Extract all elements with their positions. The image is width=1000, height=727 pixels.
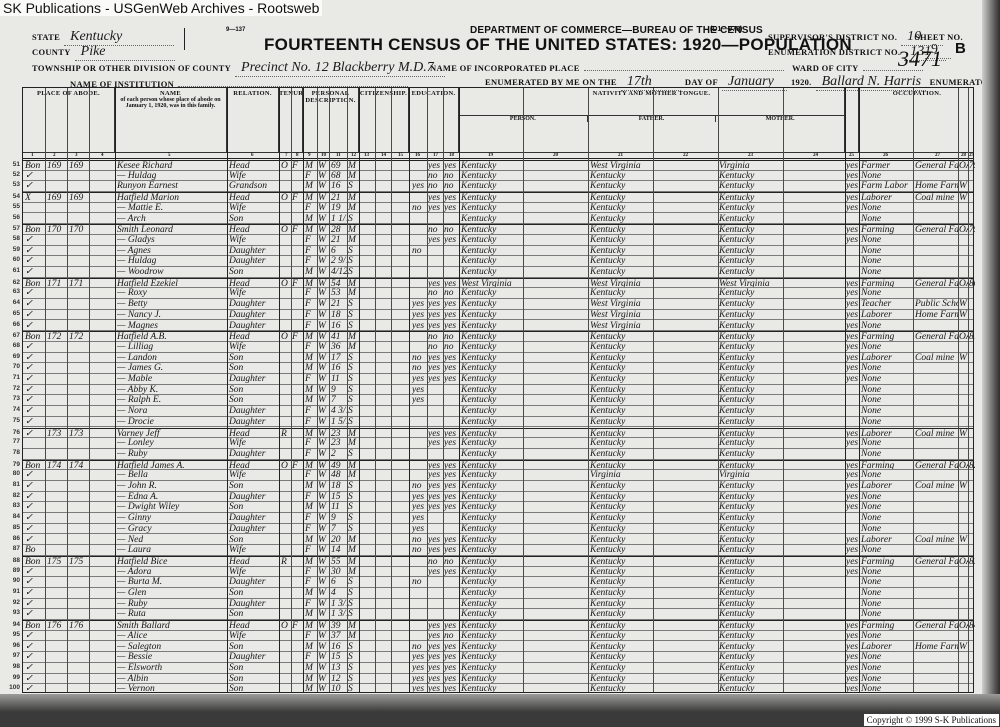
cell-mortgage: F: [292, 225, 302, 234]
col-education: EDUCATION.: [409, 88, 459, 152]
cell-write: yes: [444, 642, 460, 652]
cell-industry: [915, 363, 959, 373]
cell-family: [69, 642, 91, 652]
cell-read: yes: [428, 481, 444, 491]
cell-trade: None: [861, 267, 915, 277]
cell-mortgage: F: [292, 193, 302, 202]
table-row: 71✓— MableDaughterFW11SyesyesyesKentucky…: [23, 374, 973, 385]
column-divider: [329, 88, 330, 692]
cell-mother-birth: Kentucky: [719, 353, 783, 363]
cell-dwelling: 173: [47, 429, 69, 438]
cell-owned: [281, 513, 291, 523]
column-divider: [291, 88, 292, 692]
cell-industry: Coal mine: [915, 193, 959, 202]
cell-read: yes: [428, 621, 444, 630]
line-number: 85: [4, 524, 20, 531]
cell-family: [69, 395, 91, 405]
cell-trade: None: [861, 577, 915, 587]
cell-age: 23: [331, 438, 347, 448]
cell-street: ✓: [25, 674, 45, 684]
cell-birth: Kentucky: [461, 181, 525, 191]
census-document-page: SK Publications - USGenWeb Archives - Ro…: [0, 0, 1000, 712]
cell-school: [412, 631, 428, 641]
cell-write: yes: [444, 545, 460, 555]
column-number: 15: [398, 153, 403, 158]
cell-read: [428, 256, 444, 266]
cell-write: yes: [444, 310, 460, 320]
cell-age: 14: [331, 545, 347, 555]
cell-dwelling: [47, 513, 69, 523]
table-row: 79Bon174174Hatfield James A.HeadOFMW49My…: [23, 460, 973, 471]
cell-trade: None: [861, 406, 915, 416]
cell-mortgage: [292, 599, 302, 609]
cell-read: yes: [428, 279, 444, 288]
table-row: 92✓— RubyDaughterFW1 3/12SKentuckyKentuc…: [23, 599, 973, 610]
cell-read: yes: [428, 652, 444, 662]
cell-school: no: [412, 363, 428, 373]
cell-write: yes: [444, 652, 460, 662]
column-number: 20: [553, 153, 558, 158]
cell-family: [69, 449, 91, 459]
cell-sex: M: [305, 225, 317, 234]
table-row: 100✓— VernonSonMW10SyesyesyesKentuckyKen…: [23, 684, 973, 695]
cell-mother-birth: Kentucky: [719, 214, 783, 224]
cell-sex: M: [305, 642, 317, 652]
cell-dwelling: [47, 663, 69, 673]
copyright-notice: Copyright © 1999 S-K Publications: [864, 714, 999, 726]
cell-trade: None: [861, 663, 915, 673]
cell-birth: Kentucky: [461, 235, 525, 245]
cell-english: yes: [846, 492, 859, 502]
cell-sex: F: [305, 374, 317, 384]
cell-read: yes: [428, 299, 444, 309]
cell-birth: Kentucky: [461, 642, 525, 652]
column-divider: [968, 88, 969, 692]
cell-mortgage: [292, 321, 302, 331]
cell-industry: General Farm: [915, 279, 959, 288]
line-number: 94: [4, 621, 20, 628]
cell-sex: F: [305, 652, 317, 662]
cell-sex: M: [305, 621, 317, 630]
cell-mother-birth: Kentucky: [719, 235, 783, 245]
cell-mortgage: F: [292, 161, 302, 170]
table-row: 87Bo— LauraWifeFW14MnoyesyesKentuckyKent…: [23, 545, 973, 556]
cell-street: Bon: [25, 461, 45, 470]
cell-farm: 80: [969, 279, 975, 288]
cell-mother-birth: Kentucky: [719, 524, 783, 534]
cell-father-birth: West Virginia: [590, 321, 654, 331]
cell-mother-birth: Kentucky: [719, 684, 783, 694]
cell-mother-birth: Kentucky: [719, 652, 783, 662]
cell-school: yes: [412, 310, 428, 320]
cell-father-birth: Kentucky: [590, 438, 654, 448]
cell-read: no: [428, 171, 444, 181]
cell-birth: Kentucky: [461, 288, 525, 298]
cell-english: yes: [846, 203, 859, 213]
cell-mother-birth: Kentucky: [719, 674, 783, 684]
cell-relation: Wife: [229, 631, 279, 641]
cell-mortgage: [292, 363, 302, 373]
cell-relation: Head: [229, 279, 279, 288]
cell-trade: None: [861, 417, 915, 427]
cell-father-birth: Kentucky: [590, 246, 654, 256]
table-row: 99✓— AlbinSonMW12SyesyesyesKentuckyKentu…: [23, 674, 973, 685]
cell-sex: F: [305, 577, 317, 587]
column-number: 7: [285, 153, 288, 158]
cell-mother-birth: Kentucky: [719, 642, 783, 652]
cell-mortgage: [292, 652, 302, 662]
cell-family: 169: [69, 161, 91, 170]
cell-father-birth: West Virginia: [590, 310, 654, 320]
cell-father-birth: Kentucky: [590, 621, 654, 630]
cell-industry: [915, 577, 959, 587]
cell-industry: [915, 513, 959, 523]
cell-father-birth: Kentucky: [590, 535, 654, 545]
cell-dwelling: [47, 310, 69, 320]
cell-industry: General Farm: [915, 332, 959, 341]
cell-family: [69, 342, 91, 352]
cell-dwelling: [47, 181, 69, 191]
cell-birth: Kentucky: [461, 502, 525, 512]
cell-mortgage: [292, 203, 302, 213]
cell-sex: F: [305, 235, 317, 245]
cell-mortgage: [292, 449, 302, 459]
cell-sex: M: [305, 481, 317, 491]
cell-name: — Nancy J.: [117, 310, 227, 320]
cell-english: yes: [846, 674, 859, 684]
cell-mother-birth: Kentucky: [719, 181, 783, 191]
cell-english: yes: [846, 353, 859, 363]
cell-farm: [969, 214, 975, 224]
cell-name: — Bessie: [117, 652, 227, 662]
cell-write: [444, 588, 460, 598]
cell-dwelling: 176: [47, 621, 69, 630]
cell-name: — Agnes: [117, 246, 227, 256]
cell-trade: None: [861, 321, 915, 331]
cell-school: yes: [412, 492, 428, 502]
cell-street: Bon: [25, 225, 45, 234]
cell-farm: [969, 470, 975, 480]
cell-industry: General Farm: [915, 225, 959, 234]
cell-sex: M: [305, 429, 317, 438]
cell-family: 174: [69, 461, 91, 470]
cell-industry: [915, 395, 959, 405]
line-number: 70: [4, 363, 20, 370]
cell-family: [69, 385, 91, 395]
cell-name: — Laura: [117, 545, 227, 555]
cell-dwelling: [47, 684, 69, 694]
cell-write: yes: [444, 535, 460, 545]
cell-english: yes: [846, 161, 859, 170]
cell-owned: [281, 684, 291, 694]
cell-farm: [969, 513, 975, 523]
cell-name: — Nora: [117, 406, 227, 416]
cell-school: [412, 171, 428, 181]
cell-street: [25, 214, 45, 224]
cell-birth: Kentucky: [461, 652, 525, 662]
cell-father-birth: Kentucky: [590, 588, 654, 598]
table-row: 69✓— LandonSonMW17SnoyesyesKentuckyKentu…: [23, 353, 973, 364]
cell-street: ✓: [25, 288, 45, 298]
cell-father-birth: Kentucky: [590, 684, 654, 694]
cell-owned: [281, 524, 291, 534]
cell-father-birth: Kentucky: [590, 461, 654, 470]
cell-relation: Son: [229, 363, 279, 373]
cell-age: 15: [331, 652, 347, 662]
cell-owned: [281, 310, 291, 320]
cell-industry: [915, 588, 959, 598]
cell-street: ✓: [25, 642, 45, 652]
sheet-side: B: [955, 40, 966, 57]
cell-sex: F: [305, 171, 317, 181]
cell-father-birth: Kentucky: [590, 599, 654, 609]
cell-birth: Kentucky: [461, 684, 525, 694]
cell-family: [69, 288, 91, 298]
cell-mother-birth: Kentucky: [719, 267, 783, 277]
cell-sex: M: [305, 674, 317, 684]
cell-relation: Daughter: [229, 449, 279, 459]
cell-family: [69, 535, 91, 545]
cell-dwelling: [47, 449, 69, 459]
cell-school: [412, 332, 428, 341]
cell-english: yes: [846, 642, 859, 652]
cell-dwelling: 169: [47, 193, 69, 202]
cell-dwelling: [47, 406, 69, 416]
cell-owned: [281, 256, 291, 266]
cell-owned: [281, 674, 291, 684]
cell-owned: [281, 663, 291, 673]
cell-mother-birth: Kentucky: [719, 203, 783, 213]
cell-farm: 82: [969, 461, 975, 470]
cell-owned: [281, 631, 291, 641]
cell-mortgage: [292, 214, 302, 224]
cell-owned: [281, 545, 291, 555]
cell-sex: M: [305, 385, 317, 395]
cell-age: 6: [331, 577, 347, 587]
cell-age: 21: [331, 235, 347, 245]
cell-trade: Laborer: [861, 535, 915, 545]
cell-age: 4: [331, 588, 347, 598]
col-citizenship: CITIZENSHIP.: [359, 88, 409, 152]
cell-farm: [969, 363, 975, 373]
cell-trade: None: [861, 171, 915, 181]
cell-english: yes: [846, 438, 859, 448]
cell-english: yes: [846, 363, 859, 373]
cell-family: [69, 599, 91, 609]
line-number: 76: [4, 429, 20, 436]
cell-family: [69, 299, 91, 309]
table-row: 56— ArchSonMW1 1/12SKentuckyKentuckyKent…: [23, 214, 973, 225]
cell-read: [428, 524, 444, 534]
cell-industry: Coal mine: [915, 353, 959, 363]
cell-sex: F: [305, 524, 317, 534]
line-number: 97: [4, 652, 20, 659]
cell-farm: [969, 321, 975, 331]
cell-industry: Public School: [915, 299, 959, 309]
cell-write: yes: [444, 235, 460, 245]
cell-sex: F: [305, 288, 317, 298]
cell-sex: M: [305, 535, 317, 545]
cell-owned: [281, 492, 291, 502]
cell-read: yes: [428, 502, 444, 512]
cell-sex: F: [305, 492, 317, 502]
cell-name: — Ralph E.: [117, 395, 227, 405]
column-divider: [913, 88, 914, 692]
cell-farm: [969, 567, 975, 577]
column-divider: [279, 88, 280, 692]
cell-farm: [969, 406, 975, 416]
cell-street: ✓: [25, 577, 45, 587]
cell-english: yes: [846, 557, 859, 566]
cell-owned: O: [281, 161, 291, 170]
cell-father-birth: Kentucky: [590, 429, 654, 438]
cell-trade: None: [861, 288, 915, 298]
column-divider: [45, 88, 46, 692]
cell-school: no: [412, 545, 428, 555]
cell-read: [428, 449, 444, 459]
cell-dwelling: [47, 492, 69, 502]
cell-family: [69, 353, 91, 363]
cell-age: 1 5/12: [331, 417, 347, 427]
cell-birth: Kentucky: [461, 567, 525, 577]
cell-trade: Laborer: [861, 429, 915, 438]
cell-mother-birth: Kentucky: [719, 599, 783, 609]
cell-birth: Kentucky: [461, 524, 525, 534]
cell-father-birth: Kentucky: [590, 203, 654, 213]
cell-age: 1 1/12: [331, 214, 347, 224]
cell-school: [412, 588, 428, 598]
cell-relation: Son: [229, 684, 279, 694]
cell-industry: [915, 609, 959, 619]
cell-father-birth: Kentucky: [590, 181, 654, 191]
col-nativity: NATIVITY AND MOTHER TONGUE. PERSON. FATH…: [459, 88, 845, 152]
cell-dwelling: [47, 385, 69, 395]
cell-age: 9: [331, 385, 347, 395]
cell-english: [846, 246, 859, 256]
cell-english: yes: [846, 374, 859, 384]
cell-age: 9: [331, 513, 347, 523]
cell-farm: [969, 235, 975, 245]
cell-farm: [969, 181, 975, 191]
cell-name: — Ruby: [117, 599, 227, 609]
cell-write: yes: [444, 363, 460, 373]
cell-dwelling: [47, 395, 69, 405]
cell-industry: [915, 214, 959, 224]
column-number: 3: [75, 153, 78, 158]
cell-age: 16: [331, 642, 347, 652]
cell-birth: Kentucky: [461, 171, 525, 181]
line-number: 81: [4, 481, 20, 488]
column-number: 11: [336, 153, 341, 158]
cell-farm: [969, 502, 975, 512]
cell-trade: Laborer: [861, 310, 915, 320]
cell-english: [846, 609, 859, 619]
cell-mortgage: [292, 395, 302, 405]
cell-english: yes: [846, 288, 859, 298]
cell-birth: Kentucky: [461, 256, 525, 266]
line-number: 91: [4, 588, 20, 595]
cell-age: 18: [331, 481, 347, 491]
cell-farm: [969, 171, 975, 181]
cell-owned: [281, 588, 291, 598]
cell-trade: None: [861, 652, 915, 662]
cell-english: yes: [846, 652, 859, 662]
cell-mortgage: [292, 513, 302, 523]
cell-mother-birth: Kentucky: [719, 588, 783, 598]
cell-farm: [969, 342, 975, 352]
cell-write: yes: [444, 438, 460, 448]
cell-industry: [915, 631, 959, 641]
cell-mother-birth: Kentucky: [719, 492, 783, 502]
cell-father-birth: Kentucky: [590, 663, 654, 673]
cell-school: yes: [412, 513, 428, 523]
cell-relation: Son: [229, 642, 279, 652]
cell-sex: M: [305, 461, 317, 470]
cell-dwelling: [47, 321, 69, 331]
cell-age: 69: [331, 161, 347, 170]
cell-industry: [915, 342, 959, 352]
cell-birth: Kentucky: [461, 557, 525, 566]
cell-sex: F: [305, 545, 317, 555]
cell-write: no: [444, 332, 460, 341]
cell-mother-birth: Kentucky: [719, 395, 783, 405]
column-number: 1: [31, 153, 34, 158]
cell-father-birth: Kentucky: [590, 642, 654, 652]
cell-name: — Huldag: [117, 256, 227, 266]
cell-write: [444, 385, 460, 395]
cell-owned: [281, 374, 291, 384]
cell-name: — Elsworth: [117, 663, 227, 673]
cell-english: [846, 214, 859, 224]
cell-owned: [281, 417, 291, 427]
line-number: 72: [4, 385, 20, 392]
cell-family: [69, 631, 91, 641]
cell-mother-birth: Kentucky: [719, 225, 783, 234]
cell-street: Bo: [25, 545, 45, 555]
cell-owned: [281, 481, 291, 491]
cell-relation: Son: [229, 481, 279, 491]
line-number: 56: [4, 214, 20, 221]
cell-english: [846, 417, 859, 427]
cell-owned: [281, 267, 291, 277]
cell-dwelling: [47, 438, 69, 448]
cell-mother-birth: Virginia: [719, 470, 783, 480]
cell-english: yes: [846, 235, 859, 245]
cell-father-birth: Kentucky: [590, 288, 654, 298]
cell-farm: [969, 246, 975, 256]
cell-school: no: [412, 642, 428, 652]
cell-relation: Daughter: [229, 321, 279, 331]
cell-trade: Farmer: [861, 161, 915, 170]
cell-trade: None: [861, 492, 915, 502]
line-number: 99: [4, 674, 20, 681]
cell-mother-birth: West Virginia: [719, 279, 783, 288]
cell-mother-birth: Kentucky: [719, 577, 783, 587]
cell-birth: Kentucky: [461, 417, 525, 427]
line-number: 74: [4, 406, 20, 413]
cell-school: [412, 429, 428, 438]
cell-write: yes: [444, 461, 460, 470]
cell-dwelling: 175: [47, 557, 69, 566]
cell-school: [412, 267, 428, 277]
cell-sex: F: [305, 310, 317, 320]
cell-mother-birth: Kentucky: [719, 193, 783, 202]
table-row: 66✓— MagnesDaughterFW16SyesyesyesKentuck…: [23, 321, 973, 332]
line-number: 51: [4, 161, 20, 168]
cell-write: no: [444, 557, 460, 566]
cell-owned: [281, 385, 291, 395]
cell-family: [69, 674, 91, 684]
